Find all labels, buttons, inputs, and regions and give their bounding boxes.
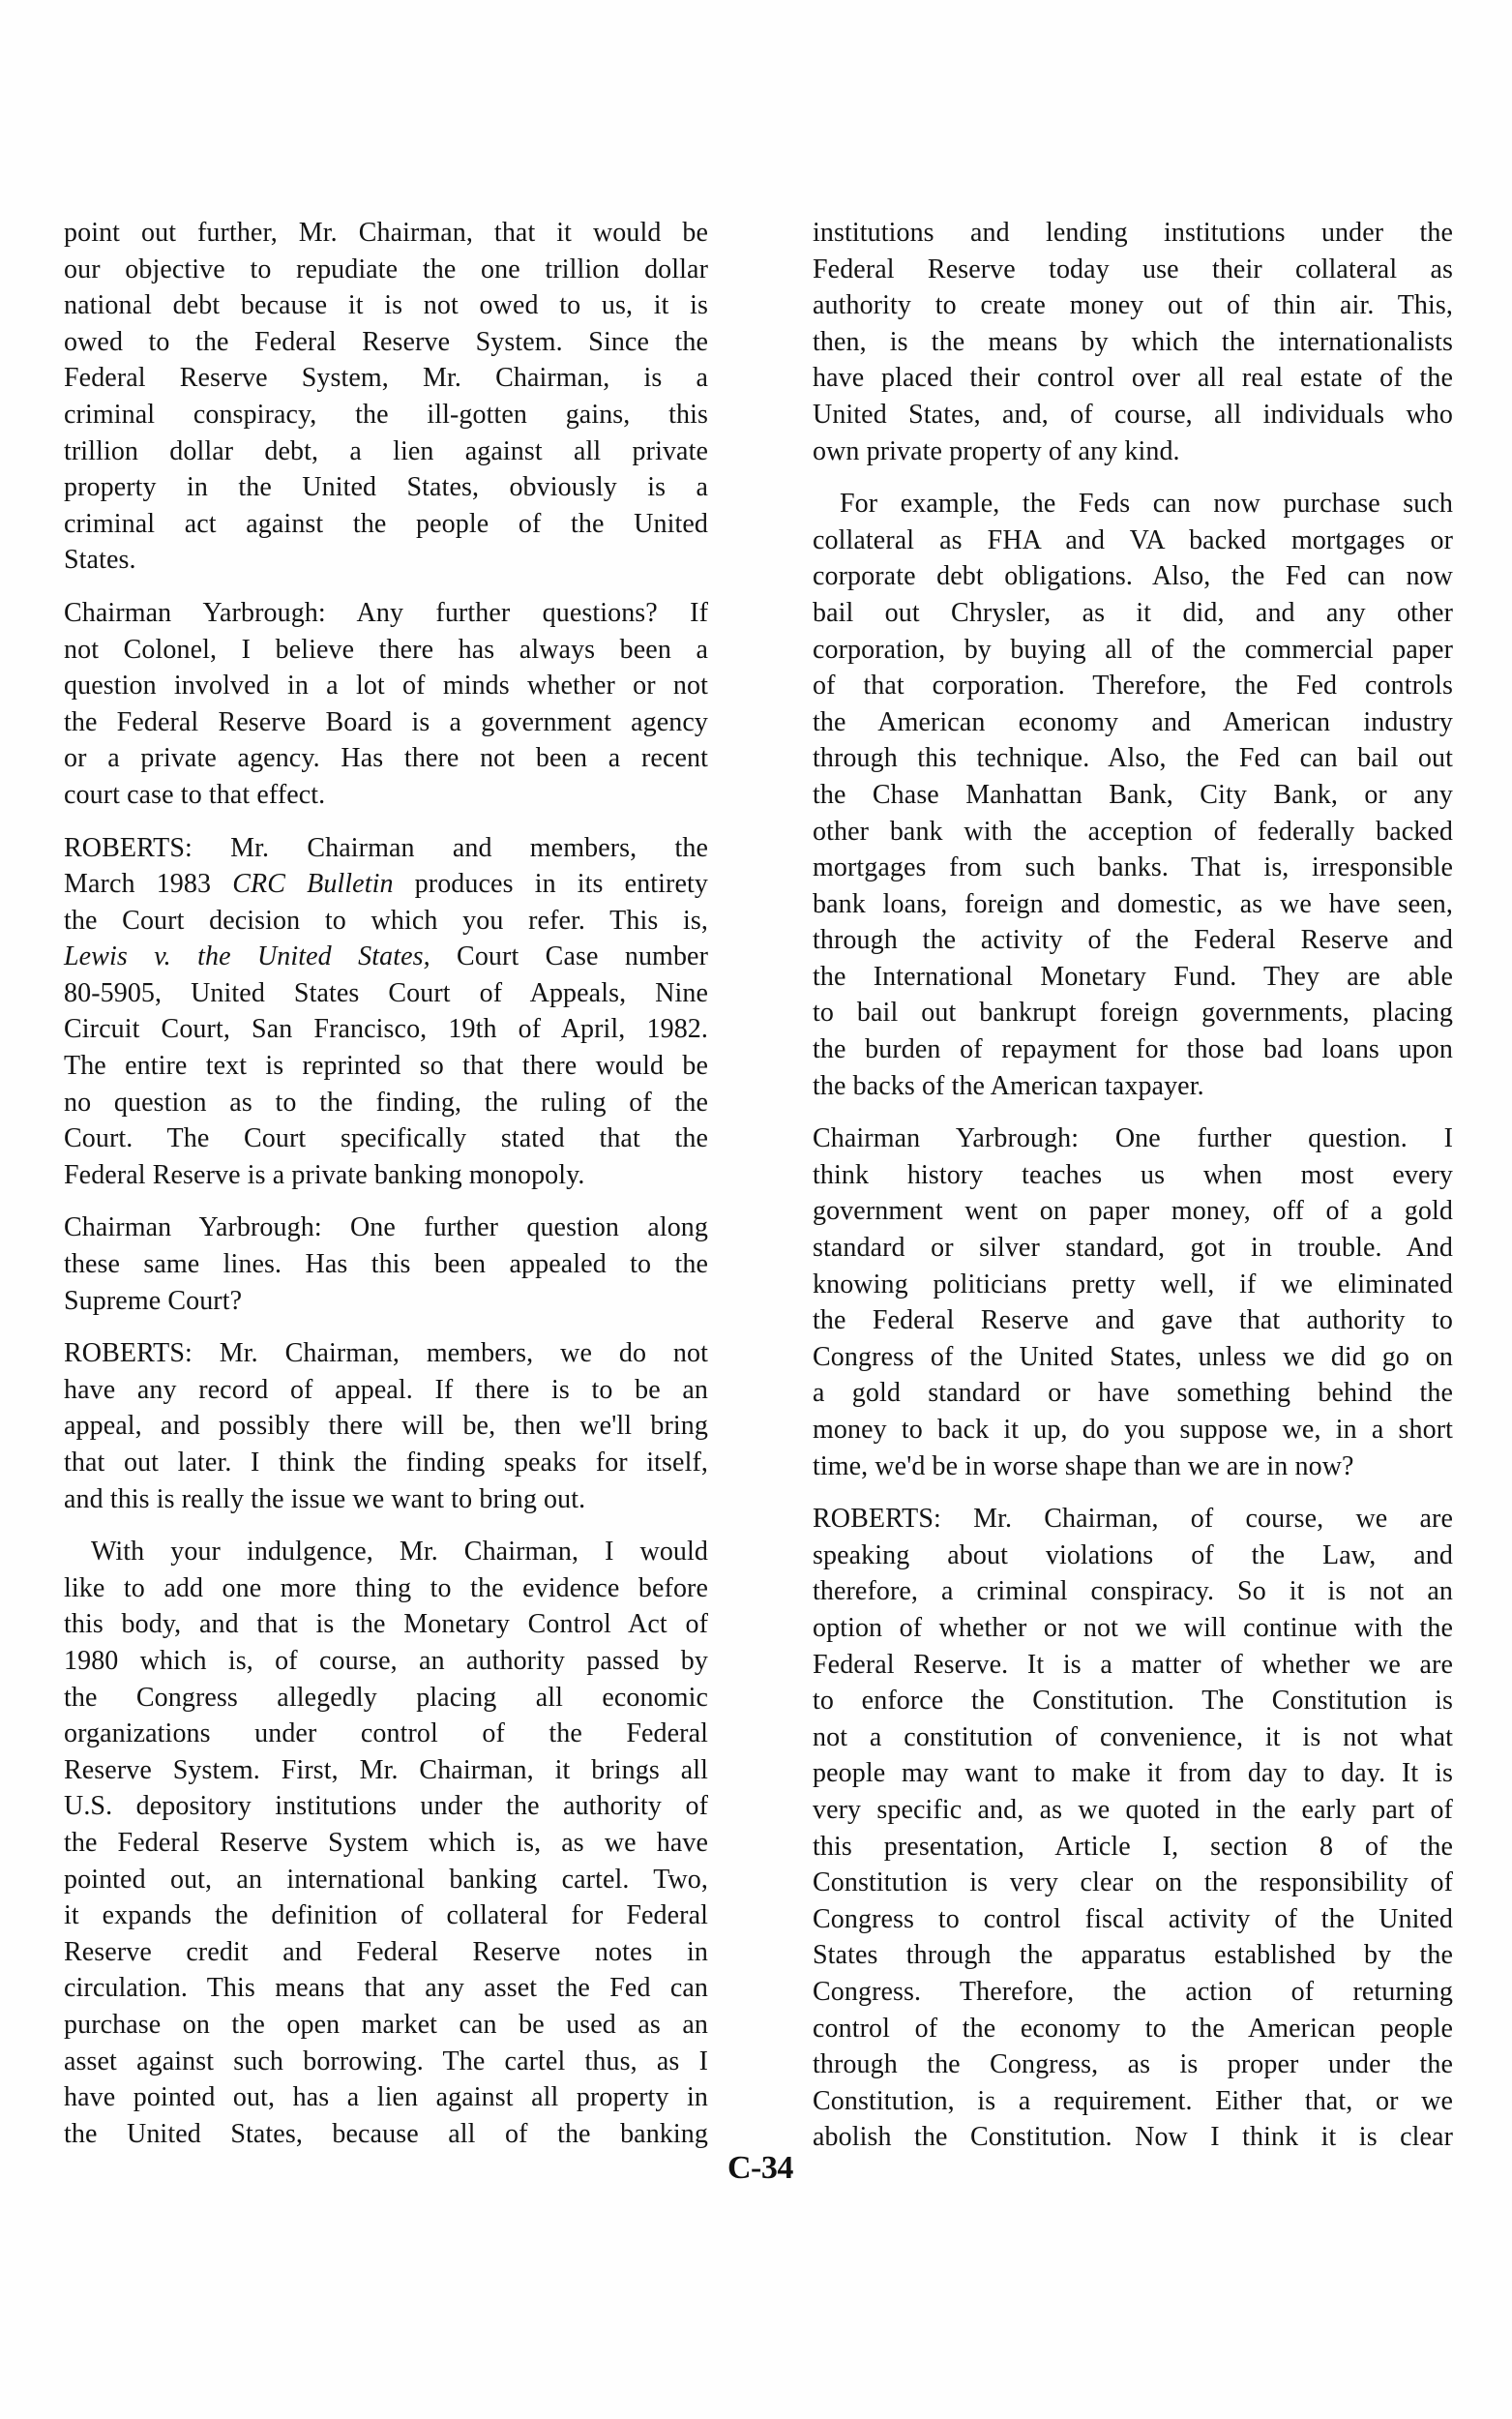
text-line: For example, the Feds can now purchase s…	[813, 486, 1453, 523]
text-line: have any record of appeal. If there is t…	[64, 1372, 708, 1409]
text-run: Congress. Therefore, the action of retur…	[813, 1977, 1453, 2007]
text-line: property in the United States, obviously…	[64, 469, 708, 506]
text-line: States.	[64, 542, 708, 579]
text-run: own private property of any kind.	[813, 436, 1180, 466]
text-run: national debt because it is not owed to …	[64, 290, 708, 320]
text-line: of that corporation. Therefore, the Fed …	[813, 668, 1453, 704]
text-run: States.	[64, 545, 136, 575]
italic-text: CRC Bulletin	[232, 869, 393, 899]
text-run: bank loans, foreign and domestic, as we …	[813, 889, 1453, 919]
text-run: asset against such borrowing. The cartel…	[64, 2046, 708, 2076]
text-line: to enforce the Constitution. The Constit…	[813, 1683, 1453, 1719]
text-run: of that corporation. Therefore, the Fed …	[813, 671, 1453, 701]
text-run: United States, and, of course, all indiv…	[813, 400, 1453, 430]
text-line: Chairman Yarbrough: One further question…	[64, 1209, 708, 1246]
text-line: States through the apparatus established…	[813, 1937, 1453, 1974]
text-line: the International Monetary Fund. They ar…	[813, 959, 1453, 996]
text-line: criminal conspiracy, the ill-gotten gain…	[64, 397, 708, 433]
text-run: and this is really the issue we want to …	[64, 1484, 585, 1514]
text-run: States through the apparatus established…	[813, 1940, 1453, 1970]
text-line: control of the economy to the American p…	[813, 2011, 1453, 2047]
italic-text: Lewis v. the United States,	[64, 941, 430, 971]
text-run: time, we'd be in worse shape than we are…	[813, 1451, 1354, 1481]
text-line: circulation. This means that any asset t…	[64, 1970, 708, 2007]
text-run: 1980 which is, of course, an authority p…	[64, 1646, 708, 1676]
text-line: the Federal Reserve Board is a governmen…	[64, 704, 708, 741]
text-run: through the Congress, as is proper under…	[813, 2049, 1453, 2079]
text-line: through the Congress, as is proper under…	[813, 2046, 1453, 2083]
text-run: Supreme Court?	[64, 1286, 242, 1316]
text-run: institutions and lending institutions un…	[813, 218, 1453, 248]
text-line: ROBERTS: Mr. Chairman and members, the	[64, 830, 708, 867]
text-line: think history teaches us when most every	[813, 1157, 1453, 1194]
text-line: a gold standard or have something behind…	[813, 1375, 1453, 1412]
text-line: court case to that effect.	[64, 777, 708, 814]
text-run: these same lines. Has this been appealed…	[64, 1249, 708, 1279]
text-run: Chairman Yarbrough: One further question…	[813, 1123, 1453, 1153]
text-run: therefore, a criminal conspiracy. So it …	[813, 1576, 1453, 1606]
text-line: Federal Reserve. It is a matter of wheth…	[813, 1647, 1453, 1684]
text-run: For example, the Feds can now purchase s…	[840, 489, 1453, 519]
text-line: question involved in a lot of minds whet…	[64, 668, 708, 704]
text-run: court case to that effect.	[64, 780, 325, 810]
text-line: institutions and lending institutions un…	[813, 215, 1453, 252]
text-line: not Colonel, I believe there has always …	[64, 632, 708, 669]
text-run: appeal, and possibly there will be, then…	[64, 1411, 708, 1441]
document-page: point out further, Mr. Chairman, that it…	[0, 0, 1512, 2419]
text-run: it expands the definition of collateral …	[64, 1900, 708, 1930]
text-line: Circuit Court, San Francisco, 19th of Ap…	[64, 1011, 708, 1048]
text-run: Federal Reserve today use their collater…	[813, 254, 1453, 284]
text-line: people may want to make it from day to d…	[813, 1755, 1453, 1792]
text-line: the Court decision to which you refer. T…	[64, 903, 708, 940]
text-line: bail out Chrysler, as it did, and any ot…	[813, 595, 1453, 632]
text-line: Congress of the United States, unless we…	[813, 1339, 1453, 1376]
paragraph: Chairman Yarbrough: Any further question…	[64, 595, 708, 814]
text-run: through this technique. Also, the Fed ca…	[813, 743, 1453, 773]
text-line: therefore, a criminal conspiracy. So it …	[813, 1573, 1453, 1610]
paragraph: Chairman Yarbrough: One further question…	[813, 1120, 1453, 1484]
text-run: criminal act against the people of the U…	[64, 509, 708, 539]
text-run: authority to create money out of thin ai…	[813, 290, 1453, 320]
paragraph: With your indulgence, Mr. Chairman, I wo…	[64, 1534, 708, 2152]
text-line: appeal, and possibly there will be, then…	[64, 1408, 708, 1445]
text-line: Chairman Yarbrough: Any further question…	[64, 595, 708, 632]
text-line: through this technique. Also, the Fed ca…	[813, 740, 1453, 777]
text-line: ROBERTS: Mr. Chairman, of course, we are	[813, 1501, 1453, 1538]
text-run: the Federal Reserve Board is a governmen…	[64, 707, 708, 737]
text-line: 1980 which is, of course, an authority p…	[64, 1643, 708, 1680]
text-line: this presentation, Article I, section 8 …	[813, 1829, 1453, 1866]
text-line: U.S. depository institutions under the a…	[64, 1788, 708, 1825]
text-line: standard or silver standard, got in trou…	[813, 1230, 1453, 1267]
right-column: institutions and lending institutions un…	[813, 215, 1453, 2172]
text-line: that out later. I think the finding spea…	[64, 1445, 708, 1481]
text-run: bail out Chrysler, as it did, and any ot…	[813, 598, 1453, 628]
text-run: U.S. depository institutions under the a…	[64, 1791, 708, 1821]
text-line: The entire text is reprinted so that the…	[64, 1048, 708, 1085]
text-line: owed to the Federal Reserve System. Sinc…	[64, 324, 708, 361]
text-run: ROBERTS: Mr. Chairman, members, we do no…	[64, 1338, 708, 1368]
text-run: Chairman Yarbrough: Any further question…	[64, 598, 708, 628]
text-run: then, is the means by which the internat…	[813, 327, 1453, 357]
text-run: Circuit Court, San Francisco, 19th of Ap…	[64, 1014, 708, 1044]
text-run: The entire text is reprinted so that the…	[64, 1051, 708, 1081]
text-run: the burden of repayment for those bad lo…	[813, 1034, 1453, 1064]
text-line: knowing politicians pretty well, if we e…	[813, 1267, 1453, 1303]
text-line: With your indulgence, Mr. Chairman, I wo…	[64, 1534, 708, 1570]
text-run: have pointed out, has a lien against all…	[64, 2082, 708, 2112]
text-run: owed to the Federal Reserve System. Sinc…	[64, 327, 708, 357]
text-line: Reserve System. First, Mr. Chairman, it …	[64, 1752, 708, 1789]
text-line: government went on paper money, off of a…	[813, 1193, 1453, 1230]
text-run: the United States, because all of the ba…	[64, 2119, 708, 2149]
text-line: Federal Reserve is a private banking mon…	[64, 1157, 708, 1194]
text-line: collateral as FHA and VA backed mortgage…	[813, 523, 1453, 559]
text-line: ROBERTS: Mr. Chairman, members, we do no…	[64, 1335, 708, 1372]
text-run: not Colonel, I believe there has always …	[64, 635, 708, 665]
text-run: circulation. This means that any asset t…	[64, 1973, 708, 2003]
text-run: With your indulgence, Mr. Chairman, I wo…	[91, 1537, 708, 1567]
text-run: Constitution is very clear on the respon…	[813, 1867, 1453, 1897]
text-run: to bail out bankrupt foreign governments…	[813, 998, 1453, 1028]
text-run: Federal Reserve. It is a matter of wheth…	[813, 1650, 1453, 1680]
text-run: Federal Reserve System, Mr. Chairman, is…	[64, 363, 708, 393]
text-run: purchase on the open market can be used …	[64, 2010, 708, 2040]
text-run: like to add one more thing to the eviden…	[64, 1573, 708, 1603]
text-line: other bank with the acception of federal…	[813, 814, 1453, 851]
text-line: the American economy and American indust…	[813, 704, 1453, 741]
text-line: the Federal Reserve System which is, as …	[64, 1825, 708, 1862]
text-line: criminal act against the people of the U…	[64, 506, 708, 543]
text-run: Congress of the United States, unless we…	[813, 1342, 1453, 1372]
left-column: point out further, Mr. Chairman, that it…	[64, 215, 708, 2168]
text-run: question involved in a lot of minds whet…	[64, 671, 708, 701]
text-line: authority to create money out of thin ai…	[813, 287, 1453, 324]
text-line: own private property of any kind.	[813, 433, 1453, 470]
text-line: organizations under control of the Feder…	[64, 1716, 708, 1752]
text-run: organizations under control of the Feder…	[64, 1718, 708, 1748]
text-run: money to back it up, do you suppose we, …	[813, 1415, 1453, 1445]
text-line: the backs of the American taxpayer.	[813, 1068, 1453, 1105]
text-run: mortgages from such banks. That is, irre…	[813, 852, 1453, 882]
text-line: Lewis v. the United States, Court Case n…	[64, 939, 708, 975]
text-line: abolish the Constitution. Now I think it…	[813, 2119, 1453, 2156]
paragraph: Chairman Yarbrough: One further question…	[64, 1209, 708, 1319]
text-run: think history teaches us when most every	[813, 1160, 1453, 1190]
text-run: a gold standard or have something behind…	[813, 1378, 1453, 1408]
paragraph: ROBERTS: Mr. Chairman, members, we do no…	[64, 1335, 708, 1517]
text-run: 80-5905, United States Court of Appeals,…	[64, 978, 708, 1008]
text-run: pointed out, an international banking ca…	[64, 1865, 708, 1895]
text-run: Court. The Court specifically stated tha…	[64, 1123, 708, 1153]
text-run: other bank with the acception of federal…	[813, 817, 1453, 847]
text-run: our objective to repudiate the one trill…	[64, 254, 708, 284]
text-line: corporate debt obligations. Also, the Fe…	[813, 558, 1453, 595]
text-run: produces in its entirety	[394, 869, 708, 899]
text-run: knowing politicians pretty well, if we e…	[813, 1269, 1453, 1299]
text-line: option of whether or not we will continu…	[813, 1610, 1453, 1647]
text-line: Congress. Therefore, the action of retur…	[813, 1974, 1453, 2011]
text-run: ROBERTS: Mr. Chairman and members, the	[64, 833, 708, 863]
text-line: to bail out bankrupt foreign governments…	[813, 995, 1453, 1031]
text-line: United States, and, of course, all indiv…	[813, 397, 1453, 433]
text-run: control of the economy to the American p…	[813, 2014, 1453, 2044]
text-line: Constitution, is a requirement. Either t…	[813, 2083, 1453, 2120]
text-run: speaking about violations of the Law, an…	[813, 1540, 1453, 1570]
text-line: through the activity of the Federal Rese…	[813, 922, 1453, 959]
text-line: money to back it up, do you suppose we, …	[813, 1412, 1453, 1448]
text-run: or a private agency. Has there not been …	[64, 743, 708, 773]
text-run: Reserve credit and Federal Reserve notes…	[64, 1937, 708, 1967]
text-line: time, we'd be in worse shape than we are…	[813, 1448, 1453, 1485]
page-number: C-34	[727, 2150, 793, 2187]
paragraph: ROBERTS: Mr. Chairman, of course, we are…	[813, 1501, 1453, 2156]
text-line: 80-5905, United States Court of Appeals,…	[64, 975, 708, 1012]
text-line: Congress to control fiscal activity of t…	[813, 1901, 1453, 1938]
text-line: speaking about violations of the Law, an…	[813, 1538, 1453, 1574]
text-run: property in the United States, obviously…	[64, 472, 708, 502]
text-line: the United States, because all of the ba…	[64, 2116, 708, 2153]
paragraph: For example, the Feds can now purchase s…	[813, 486, 1453, 1104]
text-line: Court. The Court specifically stated tha…	[64, 1120, 708, 1157]
text-line: then, is the means by which the internat…	[813, 324, 1453, 361]
text-line: Chairman Yarbrough: One further question…	[813, 1120, 1453, 1157]
text-run: the backs of the American taxpayer.	[813, 1071, 1204, 1101]
text-run: criminal conspiracy, the ill-gotten gain…	[64, 400, 708, 430]
text-run: collateral as FHA and VA backed mortgage…	[813, 525, 1453, 555]
text-line: the Congress allegedly placing all econo…	[64, 1680, 708, 1717]
text-line: corporation, by buying all of the commer…	[813, 632, 1453, 669]
text-line: pointed out, an international banking ca…	[64, 1862, 708, 1898]
text-line: Constitution is very clear on the respon…	[813, 1865, 1453, 1901]
text-line: Federal Reserve System, Mr. Chairman, is…	[64, 360, 708, 397]
text-line: March 1983 CRC Bulletin produces in its …	[64, 866, 708, 903]
text-line: very specific and, as we quoted in the e…	[813, 1792, 1453, 1829]
text-run: the Federal Reserve and gave that author…	[813, 1305, 1453, 1335]
text-line: these same lines. Has this been appealed…	[64, 1246, 708, 1283]
text-run: Chairman Yarbrough: One further question…	[64, 1212, 708, 1242]
text-run: Reserve System. First, Mr. Chairman, it …	[64, 1755, 708, 1785]
text-run: government went on paper money, off of a…	[813, 1196, 1453, 1226]
text-line: Reserve credit and Federal Reserve notes…	[64, 1934, 708, 1971]
paragraph: ROBERTS: Mr. Chairman and members, theMa…	[64, 830, 708, 1194]
text-run: corporate debt obligations. Also, the Fe…	[813, 561, 1453, 591]
text-run: the Court decision to which you refer. T…	[64, 906, 708, 936]
text-run: that out later. I think the finding spea…	[64, 1448, 708, 1478]
text-run: ROBERTS: Mr. Chairman, of course, we are	[813, 1504, 1453, 1534]
text-run: abolish the Constitution. Now I think it…	[813, 2122, 1453, 2152]
text-line: the burden of repayment for those bad lo…	[813, 1031, 1453, 1068]
text-line: it expands the definition of collateral …	[64, 1897, 708, 1934]
text-line: have pointed out, has a lien against all…	[64, 2079, 708, 2116]
text-run: people may want to make it from day to d…	[813, 1758, 1453, 1788]
text-line: or a private agency. Has there not been …	[64, 740, 708, 777]
text-run: the Federal Reserve System which is, as …	[64, 1828, 708, 1858]
text-line: national debt because it is not owed to …	[64, 287, 708, 324]
text-run: to enforce the Constitution. The Constit…	[813, 1686, 1453, 1716]
text-run: standard or silver standard, got in trou…	[813, 1233, 1453, 1263]
text-run: Court Case number	[430, 941, 708, 971]
text-line: and this is really the issue we want to …	[64, 1481, 708, 1518]
text-line: our objective to repudiate the one trill…	[64, 252, 708, 288]
paragraph: institutions and lending institutions un…	[813, 215, 1453, 469]
text-run: Constitution, is a requirement. Either t…	[813, 2086, 1453, 2116]
text-run: no question as to the finding, the rulin…	[64, 1088, 708, 1118]
paragraph: point out further, Mr. Chairman, that it…	[64, 215, 708, 579]
text-run: this presentation, Article I, section 8 …	[813, 1832, 1453, 1862]
text-run: this body, and that is the Monetary Cont…	[64, 1609, 708, 1639]
text-run: the American economy and American indust…	[813, 707, 1453, 737]
text-run: March 1983	[64, 869, 232, 899]
text-line: trillion dollar debt, a lien against all…	[64, 433, 708, 470]
text-line: like to add one more thing to the eviden…	[64, 1570, 708, 1607]
text-line: Federal Reserve today use their collater…	[813, 252, 1453, 288]
text-run: corporation, by buying all of the commer…	[813, 635, 1453, 665]
text-run: the International Monetary Fund. They ar…	[813, 962, 1453, 992]
text-line: bank loans, foreign and domestic, as we …	[813, 886, 1453, 923]
text-run: the Chase Manhattan Bank, City Bank, or …	[813, 780, 1453, 810]
text-line: this body, and that is the Monetary Cont…	[64, 1606, 708, 1643]
text-line: asset against such borrowing. The cartel…	[64, 2044, 708, 2080]
text-line: point out further, Mr. Chairman, that it…	[64, 215, 708, 252]
text-line: have placed their control over all real …	[813, 360, 1453, 397]
text-line: the Chase Manhattan Bank, City Bank, or …	[813, 777, 1453, 814]
text-run: have any record of appeal. If there is t…	[64, 1375, 708, 1405]
text-run: Congress to control fiscal activity of t…	[813, 1904, 1453, 1934]
text-line: not a constitution of convenience, it is…	[813, 1719, 1453, 1756]
text-run: point out further, Mr. Chairman, that it…	[64, 218, 708, 248]
text-run: option of whether or not we will continu…	[813, 1613, 1453, 1643]
text-line: the Federal Reserve and gave that author…	[813, 1302, 1453, 1339]
text-run: trillion dollar debt, a lien against all…	[64, 436, 708, 466]
text-run: through the activity of the Federal Rese…	[813, 925, 1453, 955]
text-line: mortgages from such banks. That is, irre…	[813, 850, 1453, 886]
text-line: Supreme Court?	[64, 1283, 708, 1320]
text-run: have placed their control over all real …	[813, 363, 1453, 393]
text-line: no question as to the finding, the rulin…	[64, 1085, 708, 1121]
text-run: Federal Reserve is a private banking mon…	[64, 1160, 585, 1190]
text-line: purchase on the open market can be used …	[64, 2007, 708, 2044]
text-run: very specific and, as we quoted in the e…	[813, 1795, 1453, 1825]
text-run: not a constitution of convenience, it is…	[813, 1722, 1453, 1752]
text-run: the Congress allegedly placing all econo…	[64, 1683, 708, 1713]
